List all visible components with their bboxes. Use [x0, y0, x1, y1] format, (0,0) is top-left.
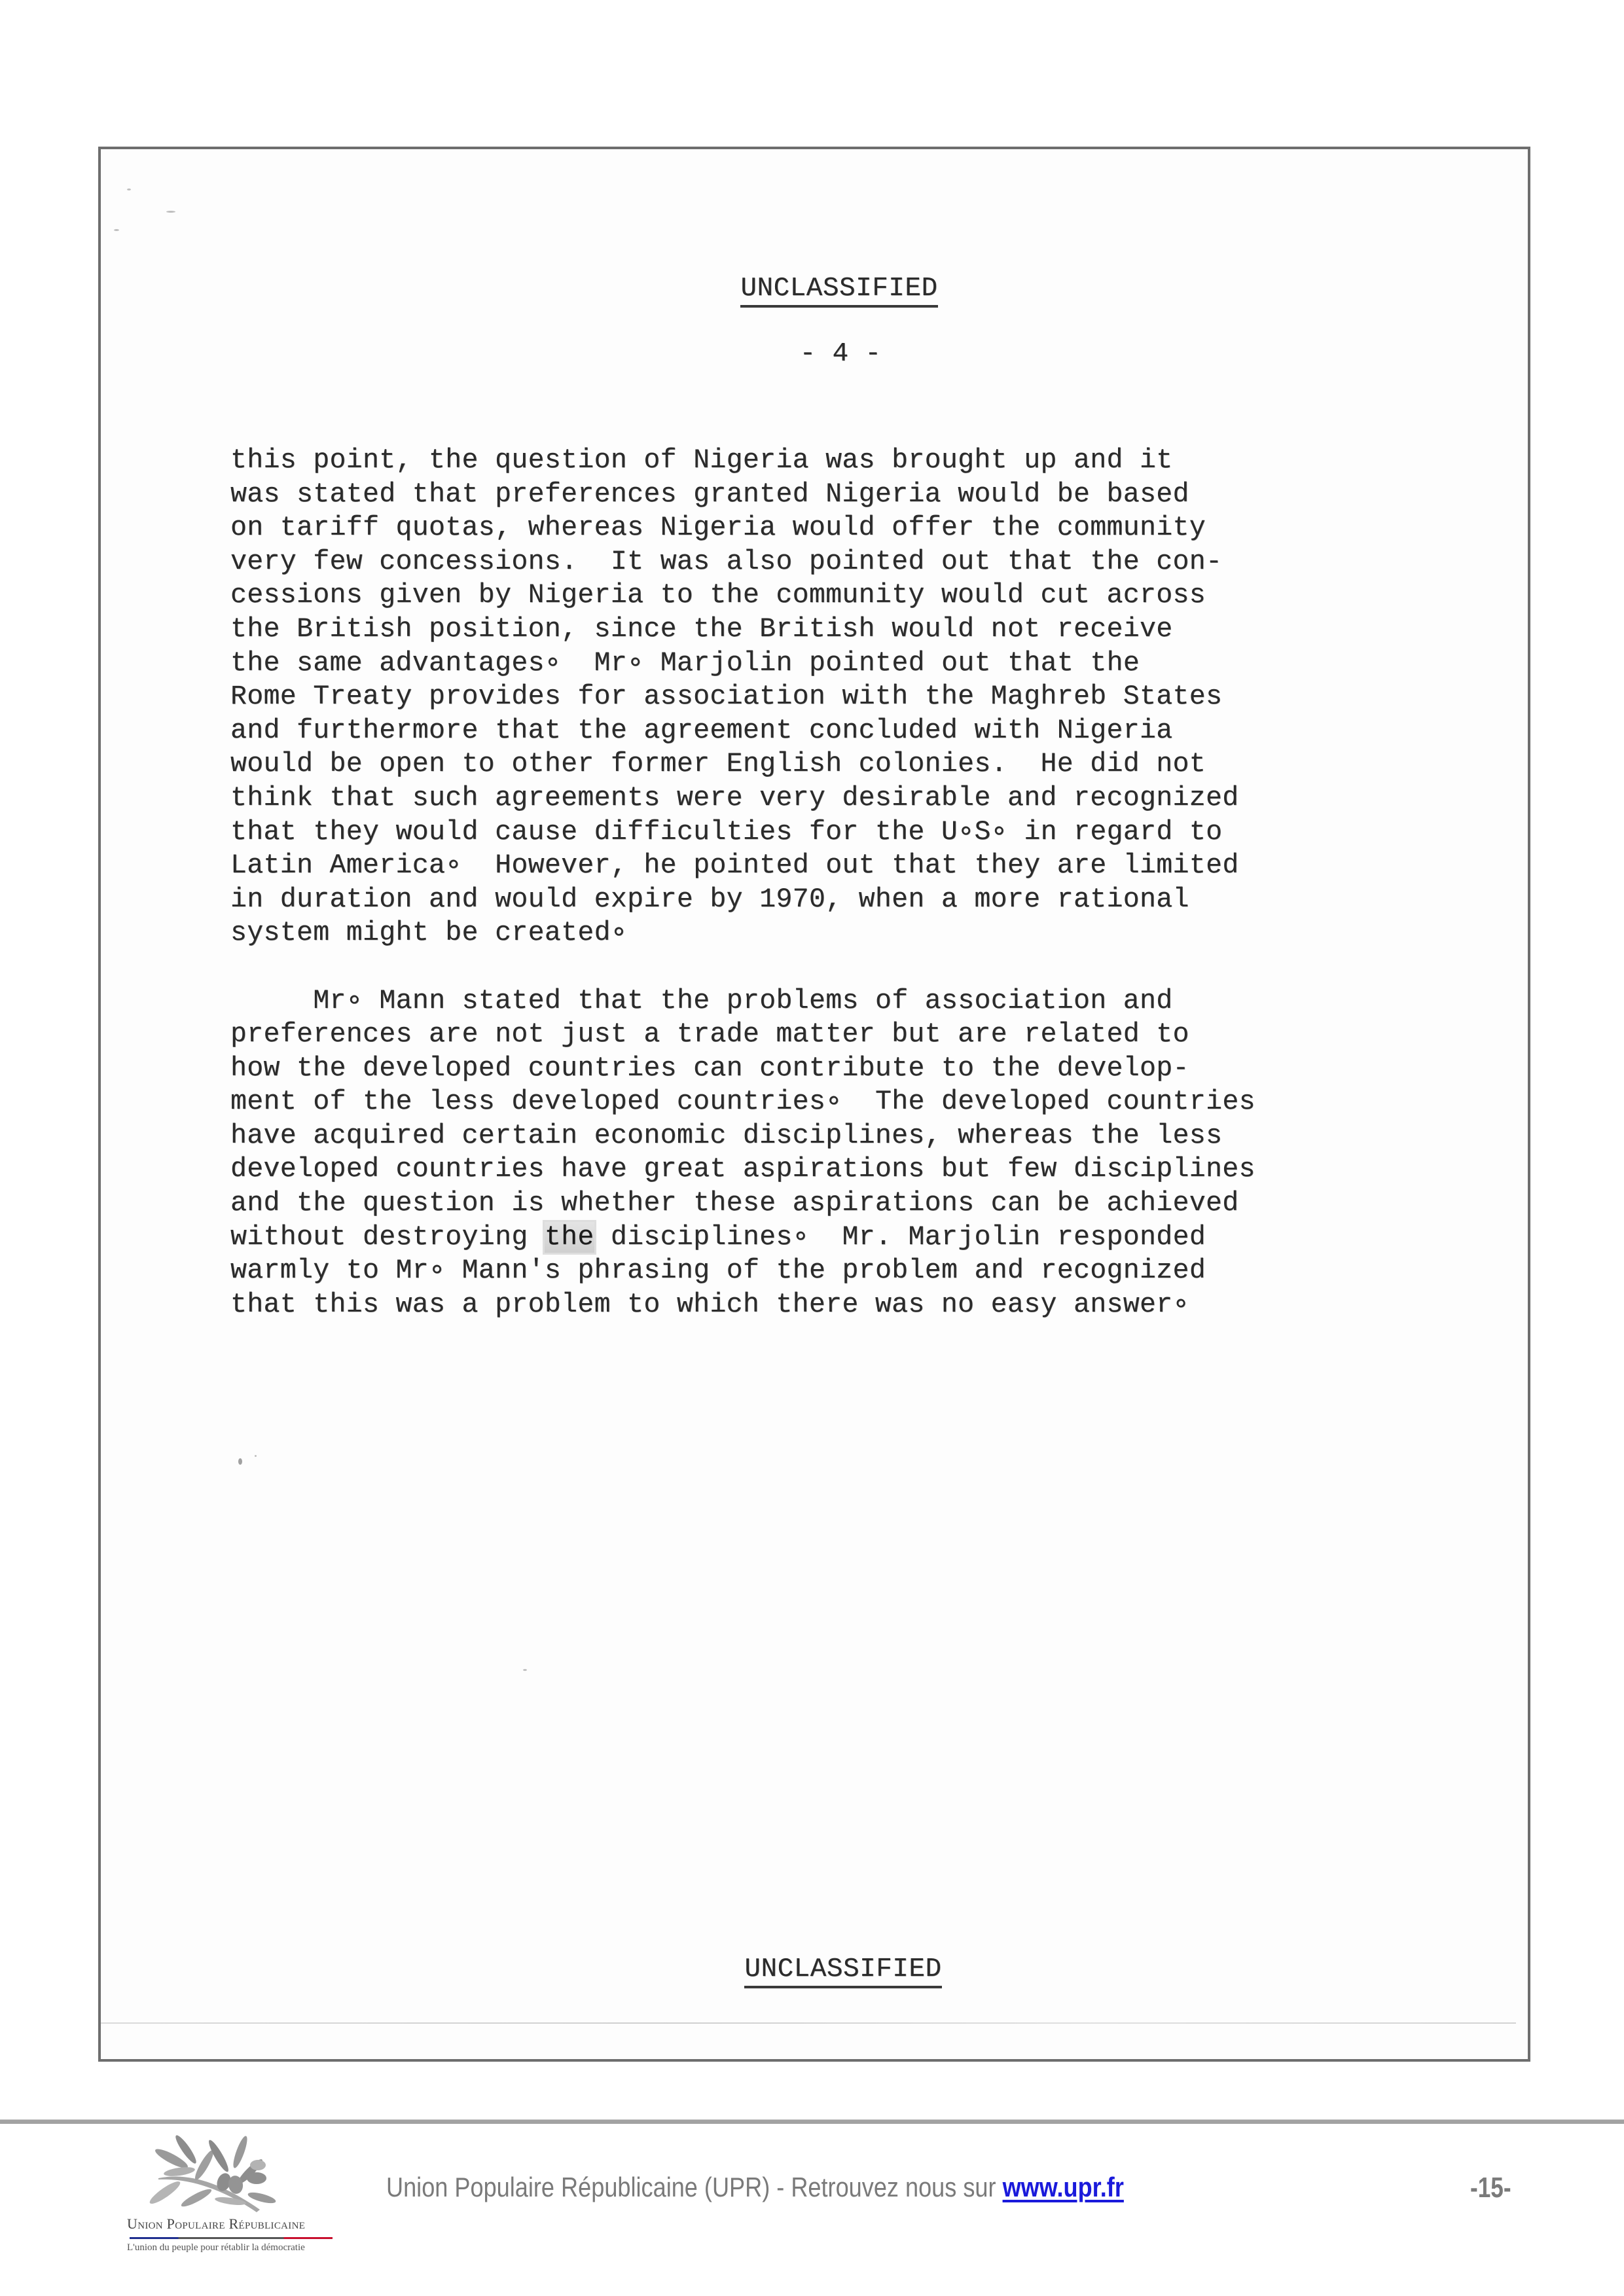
- paragraph-gap: [230, 950, 1382, 984]
- scan-crease: [101, 2022, 1516, 2024]
- logo-name: Union Populaire Républicaine: [127, 2215, 305, 2233]
- classification-header: UNCLASSIFIED: [126, 274, 1553, 308]
- memo-line: Rome Treaty provides for association wit…: [230, 680, 1382, 714]
- memo-line: and furthermore that the agreement concl…: [230, 714, 1382, 748]
- scan-speck: [255, 1455, 257, 1457]
- memo-line: warmly to Mr∘ Mann's phrasing of the pro…: [230, 1254, 1382, 1288]
- footer-page-number: -15-: [1470, 2172, 1511, 2204]
- footer-credit-text: Union Populaire Républicaine (UPR) - Ret…: [386, 2172, 1003, 2202]
- memo-line: would be open to other former English co…: [230, 747, 1382, 781]
- logo-tricolor-rule: [130, 2237, 333, 2239]
- memo-line: this point, the question of Nigeria was …: [230, 444, 1382, 478]
- memo-line: the same advantages∘ Mr∘ Marjolin pointe…: [230, 647, 1382, 681]
- logo-tagline: L'union du peuple pour rétablir la démoc…: [127, 2242, 305, 2253]
- upr-logo: Union Populaire Républicaine L'union du …: [111, 2127, 334, 2258]
- memo-line: and the question is whether these aspira…: [230, 1187, 1382, 1221]
- memo-line: system might be created∘: [230, 916, 1382, 950]
- olive-branch-icon: [145, 2132, 283, 2214]
- footer-divider: [0, 2119, 1624, 2124]
- memo-line: Latin America∘ However, he pointed out t…: [230, 849, 1382, 883]
- memo-line: Mr∘ Mann stated that the problems of ass…: [230, 984, 1382, 1018]
- memo-line: have acquired certain economic disciplin…: [230, 1119, 1382, 1153]
- scan-speck: [166, 211, 175, 213]
- upr-website-link[interactable]: www.upr.fr: [1003, 2172, 1124, 2202]
- scan-speck: [523, 1669, 527, 1671]
- memo-body: this point, the question of Nigeria was …: [230, 444, 1382, 1321]
- memo-line: cessions given by Nigeria to the communi…: [230, 579, 1382, 613]
- memo-line: the British position, since the British …: [230, 613, 1382, 647]
- scan-speck: [114, 229, 119, 231]
- classification-footer: UNCLASSIFIED: [130, 1954, 1557, 1988]
- memo-line: ment of the less developed countries∘ Th…: [230, 1085, 1382, 1119]
- memo-line: that this was a problem to which there w…: [230, 1288, 1382, 1322]
- memo-line: preferences are not just a trade matter …: [230, 1018, 1382, 1052]
- page-marker: - 4 -: [127, 339, 1554, 369]
- memo-line: on tariff quotas, whereas Nigeria would …: [230, 511, 1382, 545]
- memo-line: was stated that preferences granted Nige…: [230, 478, 1382, 512]
- scan-speck: [238, 1458, 242, 1465]
- memo-line: very few concessions. It was also pointe…: [230, 545, 1382, 579]
- memo-line: how the developed countries can contribu…: [230, 1052, 1382, 1086]
- scanned-page: UNCLASSIFIED - 4 - this point, the quest…: [98, 147, 1530, 2062]
- memo-line: think that such agreements were very des…: [230, 781, 1382, 816]
- highlighted-word: the: [545, 1222, 594, 1253]
- scan-speck: [127, 188, 131, 190]
- footer-credit: Union Populaire Républicaine (UPR) - Ret…: [386, 2172, 1124, 2203]
- memo-line: without destroying the disciplines∘ Mr. …: [230, 1221, 1382, 1255]
- memo-line: developed countries have great aspiratio…: [230, 1153, 1382, 1187]
- memo-line: in duration and would expire by 1970, wh…: [230, 883, 1382, 917]
- memo-line: that they would cause difficulties for t…: [230, 816, 1382, 850]
